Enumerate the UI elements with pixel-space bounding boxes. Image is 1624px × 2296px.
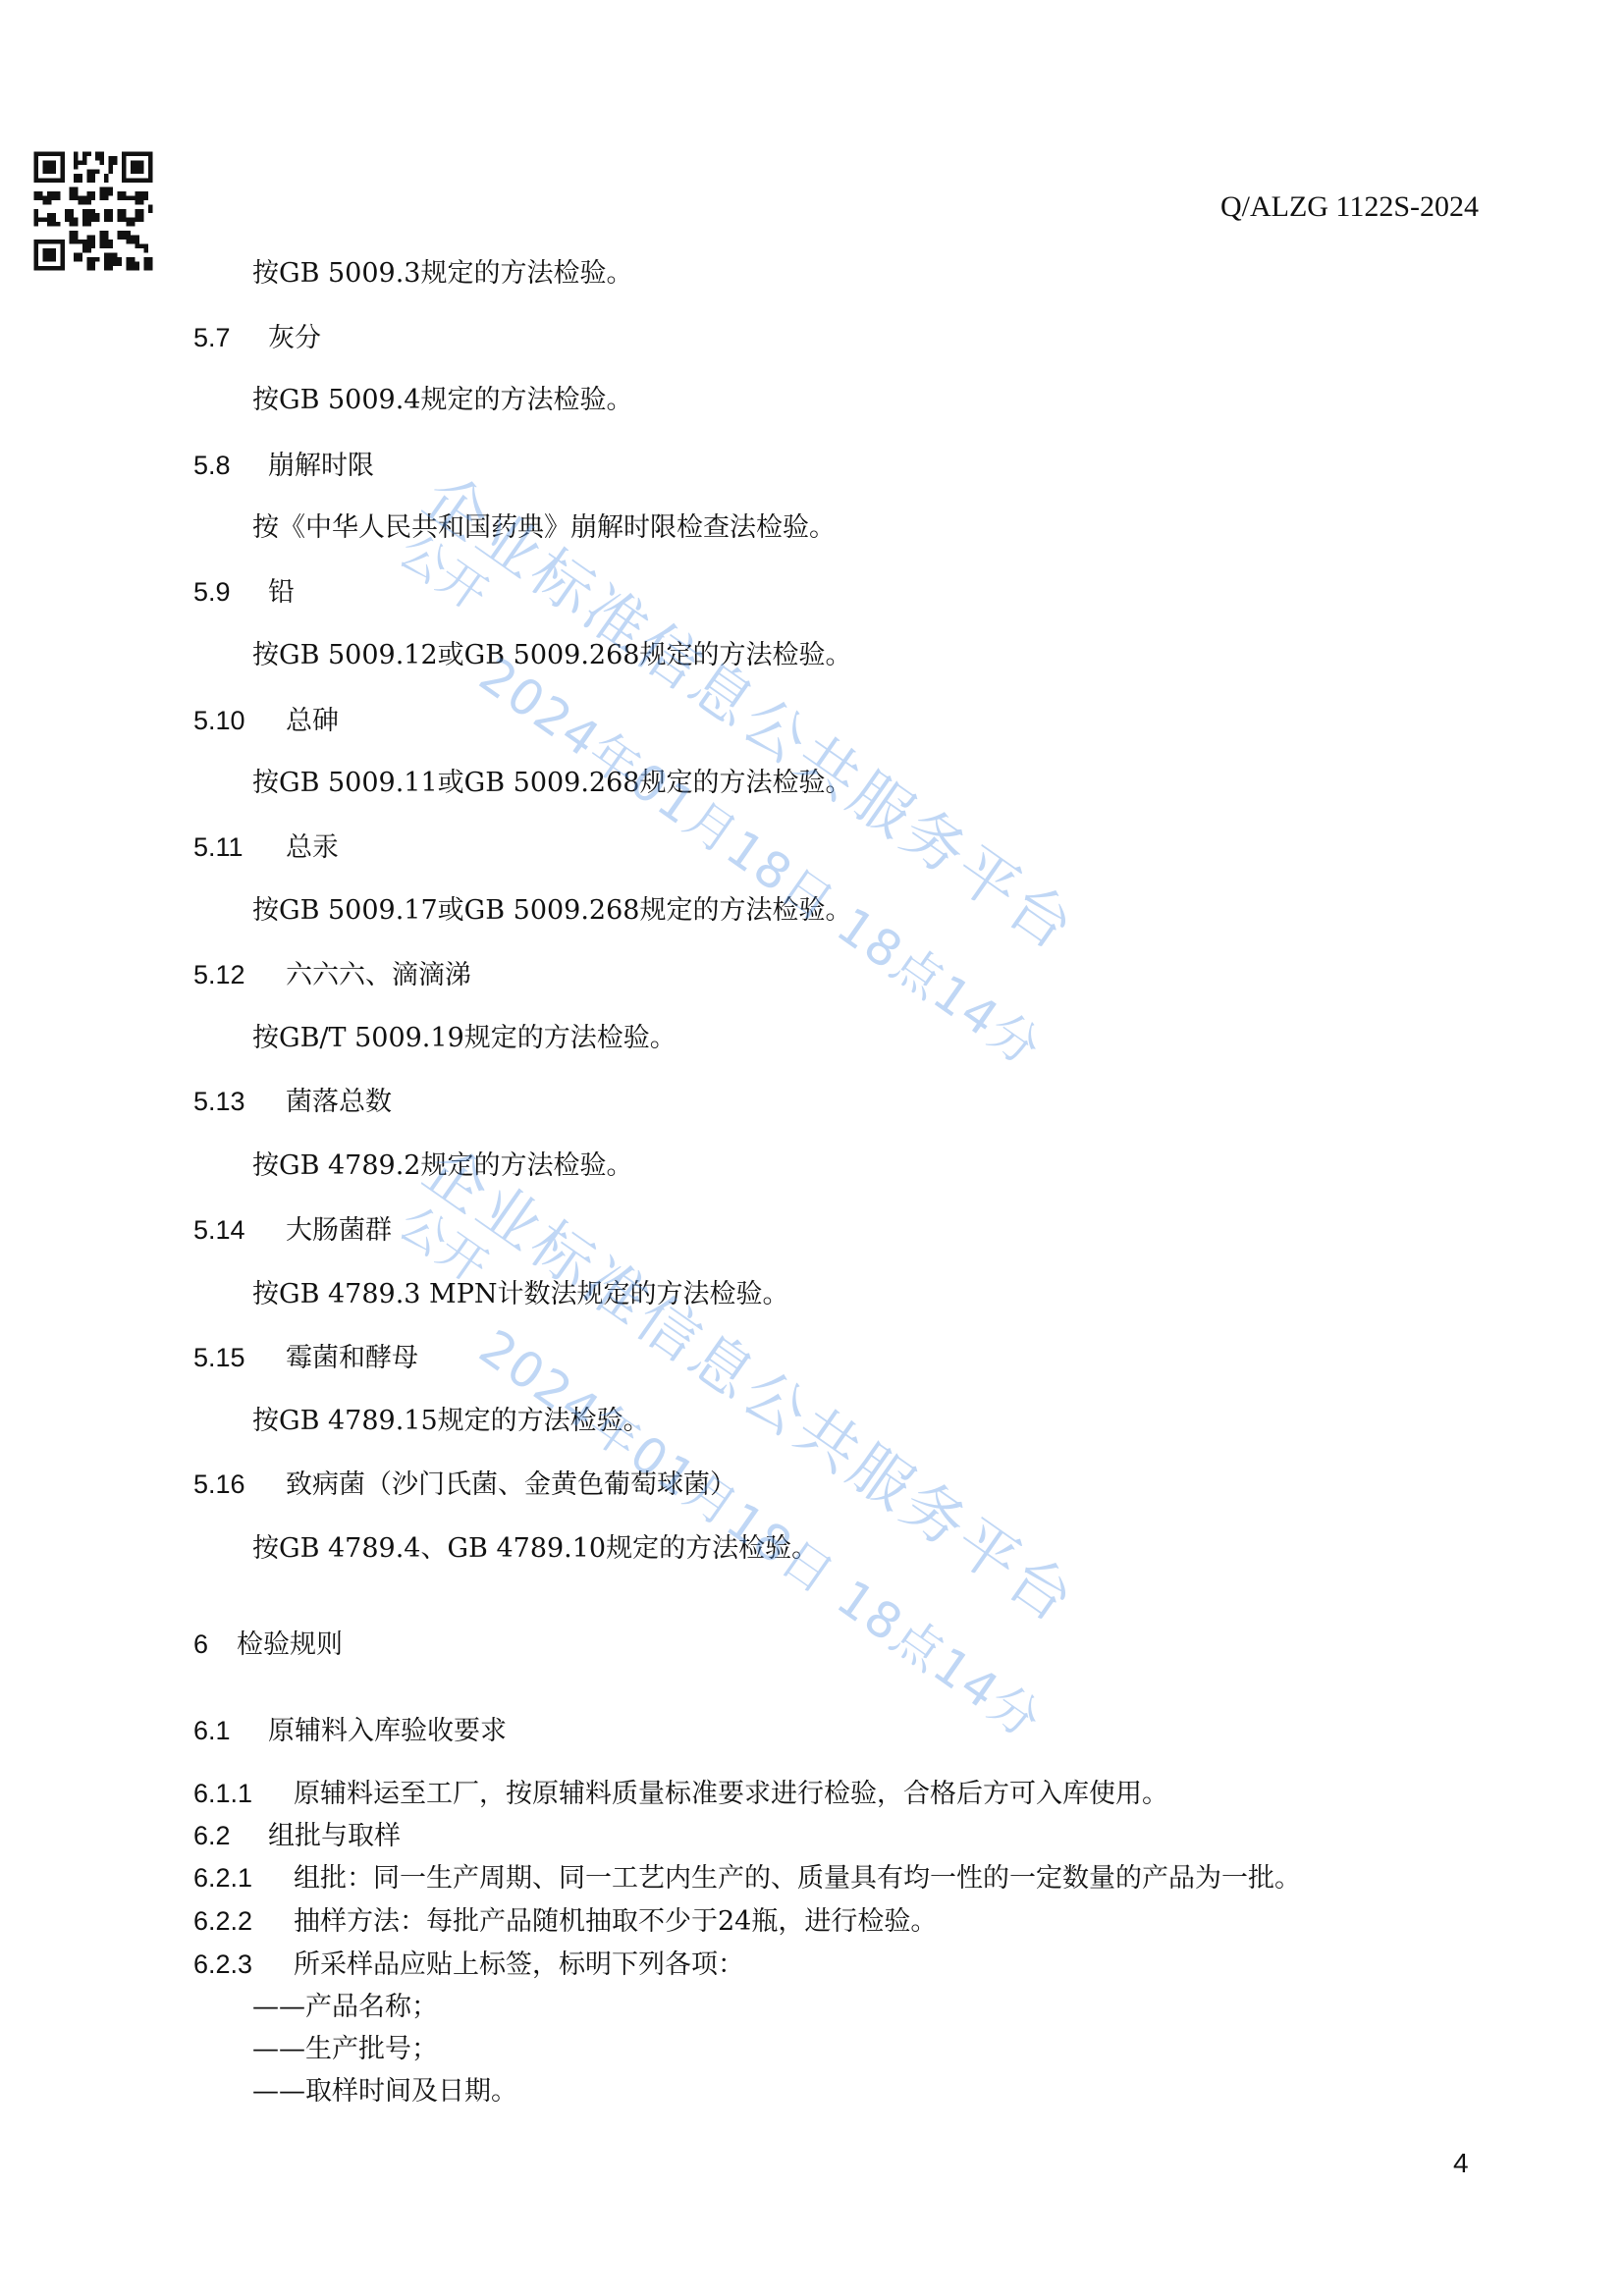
watermark-timestamp: 2024年01月18日 18点14分 (468, 648, 1051, 1079)
section-number: 6.2.3 (193, 1947, 280, 1982)
clause: 6.2.1组批：同一生产周期、同一工艺内生产的、质量具有均一性的一定数量的产品为… (193, 1860, 1301, 1896)
section-heading: 5.8崩解时限 (193, 448, 374, 484)
paragraph: 按GB 5009.4规定的方法检验。 (252, 383, 632, 418)
section-heading: 5.16致病菌（沙门氏菌、金黄色葡萄球菌） (193, 1467, 736, 1503)
paragraph: 按《中华人民共和国药典》崩解时限检查法检验。 (252, 510, 836, 546)
section-heading: 5.12六六六、滴滴涕 (193, 957, 471, 993)
section-heading: 5.7灰分 (193, 320, 321, 356)
paragraph: 按GB 4789.3 MPN计数法规定的方法检验。 (252, 1277, 789, 1312)
page-number: 4 (1453, 2148, 1469, 2179)
section-title: 灰分 (268, 323, 321, 353)
paragraph: ——生产批号； (252, 2032, 438, 2067)
section-title: 原辅料运至工厂，按原辅料质量标准要求进行检验，合格后方可入库使用。 (294, 1779, 1168, 1809)
section-title: 组批：同一生产周期、同一工艺内生产的、质量具有均一性的一定数量的产品为一批。 (294, 1863, 1301, 1894)
section-heading: 5.10总砷 (193, 703, 339, 739)
section-heading: 5.9铅 (193, 574, 295, 611)
section-number: 6.2 (193, 1818, 254, 1853)
section-title: 原辅料入库验收要求 (268, 1716, 507, 1746)
section-number: 6 (193, 1627, 223, 1662)
section-heading: 5.15霉菌和酵母 (193, 1340, 418, 1376)
paragraph: 按GB 5009.17或GB 5009.268规定的方法检验。 (252, 893, 851, 929)
section-title: 铅 (268, 577, 295, 608)
section-number: 5.15 (193, 1340, 272, 1375)
section-number: 5.9 (193, 574, 254, 610)
section-number: 5.13 (193, 1084, 272, 1119)
paragraph: ——取样时间及日期。 (252, 2074, 517, 2109)
qr-code-icon (29, 147, 157, 275)
paragraph: 按GB 5009.12或GB 5009.268规定的方法检验。 (252, 638, 851, 673)
section-heading: 5.11总汞 (193, 829, 339, 866)
section-title: 检验规则 (237, 1629, 343, 1660)
paragraph: 按GB 4789.15规定的方法检验。 (252, 1404, 650, 1439)
section-title: 致病菌（沙门氏菌、金黄色葡萄球菌） (286, 1469, 736, 1500)
paragraph: 按GB 4789.4、GB 4789.10规定的方法检验。 (252, 1531, 818, 1567)
section-heading: 5.14大肠菌群 (193, 1212, 392, 1249)
watermark: 企业标准信息公共服务平台 公开 2024年01月18日 18点14分 (348, 1134, 1121, 1751)
paragraph: 按GB 5009.3规定的方法检验。 (252, 256, 632, 292)
section-title: 大肠菌群 (286, 1215, 392, 1246)
section-title: 总砷 (286, 706, 339, 736)
clause: 6.2.2抽样方法：每批产品随机抽取不少于24瓶，进行检验。 (193, 1903, 937, 1940)
section-number: 5.14 (193, 1212, 272, 1248)
section-title: 霉菌和酵母 (286, 1343, 418, 1373)
paragraph: 按GB/T 5009.19规定的方法检验。 (252, 1021, 677, 1056)
section-number: 5.8 (193, 448, 254, 483)
section-number: 6.2.1 (193, 1860, 280, 1896)
section-number: 6.2.2 (193, 1903, 280, 1939)
section-title: 抽样方法：每批产品随机抽取不少于24瓶，进行检验。 (294, 1906, 937, 1937)
section-heading: 6.2组批与取样 (193, 1818, 401, 1854)
paragraph: 按GB 4789.2规定的方法检验。 (252, 1148, 632, 1184)
section-number: 5.7 (193, 320, 254, 355)
section-title: 组批与取样 (268, 1821, 401, 1851)
section-title: 所采样品应贴上标签，标明下列各项： (294, 1949, 744, 1980)
section-number: 6.1 (193, 1713, 254, 1748)
section-number: 5.16 (193, 1467, 272, 1502)
section-title: 六六六、滴滴涕 (286, 960, 471, 990)
clause: 6.1.1原辅料运至工厂，按原辅料质量标准要求进行检验，合格后方可入库使用。 (193, 1776, 1168, 1812)
document-code: Q/ALZG 1122S-2024 (1220, 190, 1479, 224)
clause: 6.2.3所采样品应贴上标签，标明下列各项： (193, 1947, 744, 1983)
paragraph: ——产品名称； (252, 1990, 438, 2025)
section-number: 5.12 (193, 957, 272, 992)
section-heading: 5.13菌落总数 (193, 1084, 392, 1120)
section-number: 6.1.1 (193, 1776, 280, 1811)
section-heading: 6检验规则 (193, 1627, 343, 1663)
section-title: 崩解时限 (268, 451, 374, 481)
section-title: 菌落总数 (286, 1087, 392, 1117)
paragraph: 按GB 5009.11或GB 5009.268规定的方法检验。 (252, 766, 851, 801)
section-number: 5.11 (193, 829, 272, 865)
watermark-status: 公开 (389, 1197, 1082, 1705)
watermark-title: 企业标准信息公共服务平台 (411, 1134, 1122, 1661)
section-title: 总汞 (286, 832, 339, 863)
section-number: 5.10 (193, 703, 272, 738)
section-heading: 6.1原辅料入库验收要求 (193, 1713, 507, 1749)
